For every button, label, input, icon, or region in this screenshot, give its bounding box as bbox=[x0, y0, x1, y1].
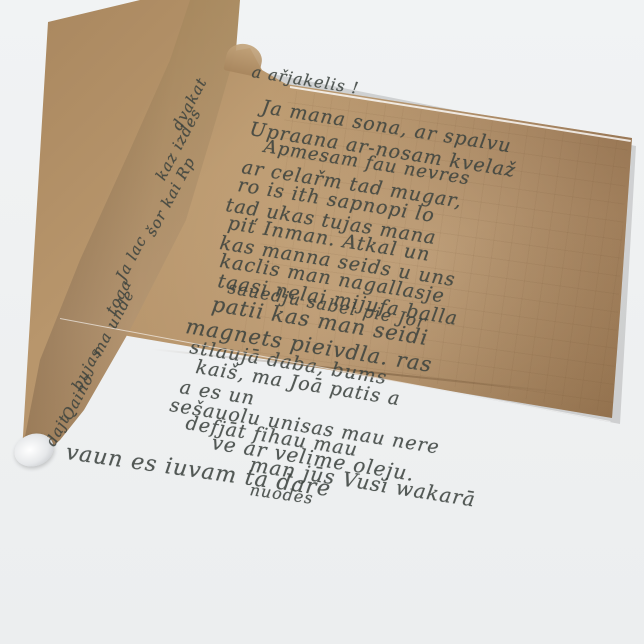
product-photo: a ařjakelis ! Ja mana sona, ar spalvu Up… bbox=[0, 0, 644, 644]
